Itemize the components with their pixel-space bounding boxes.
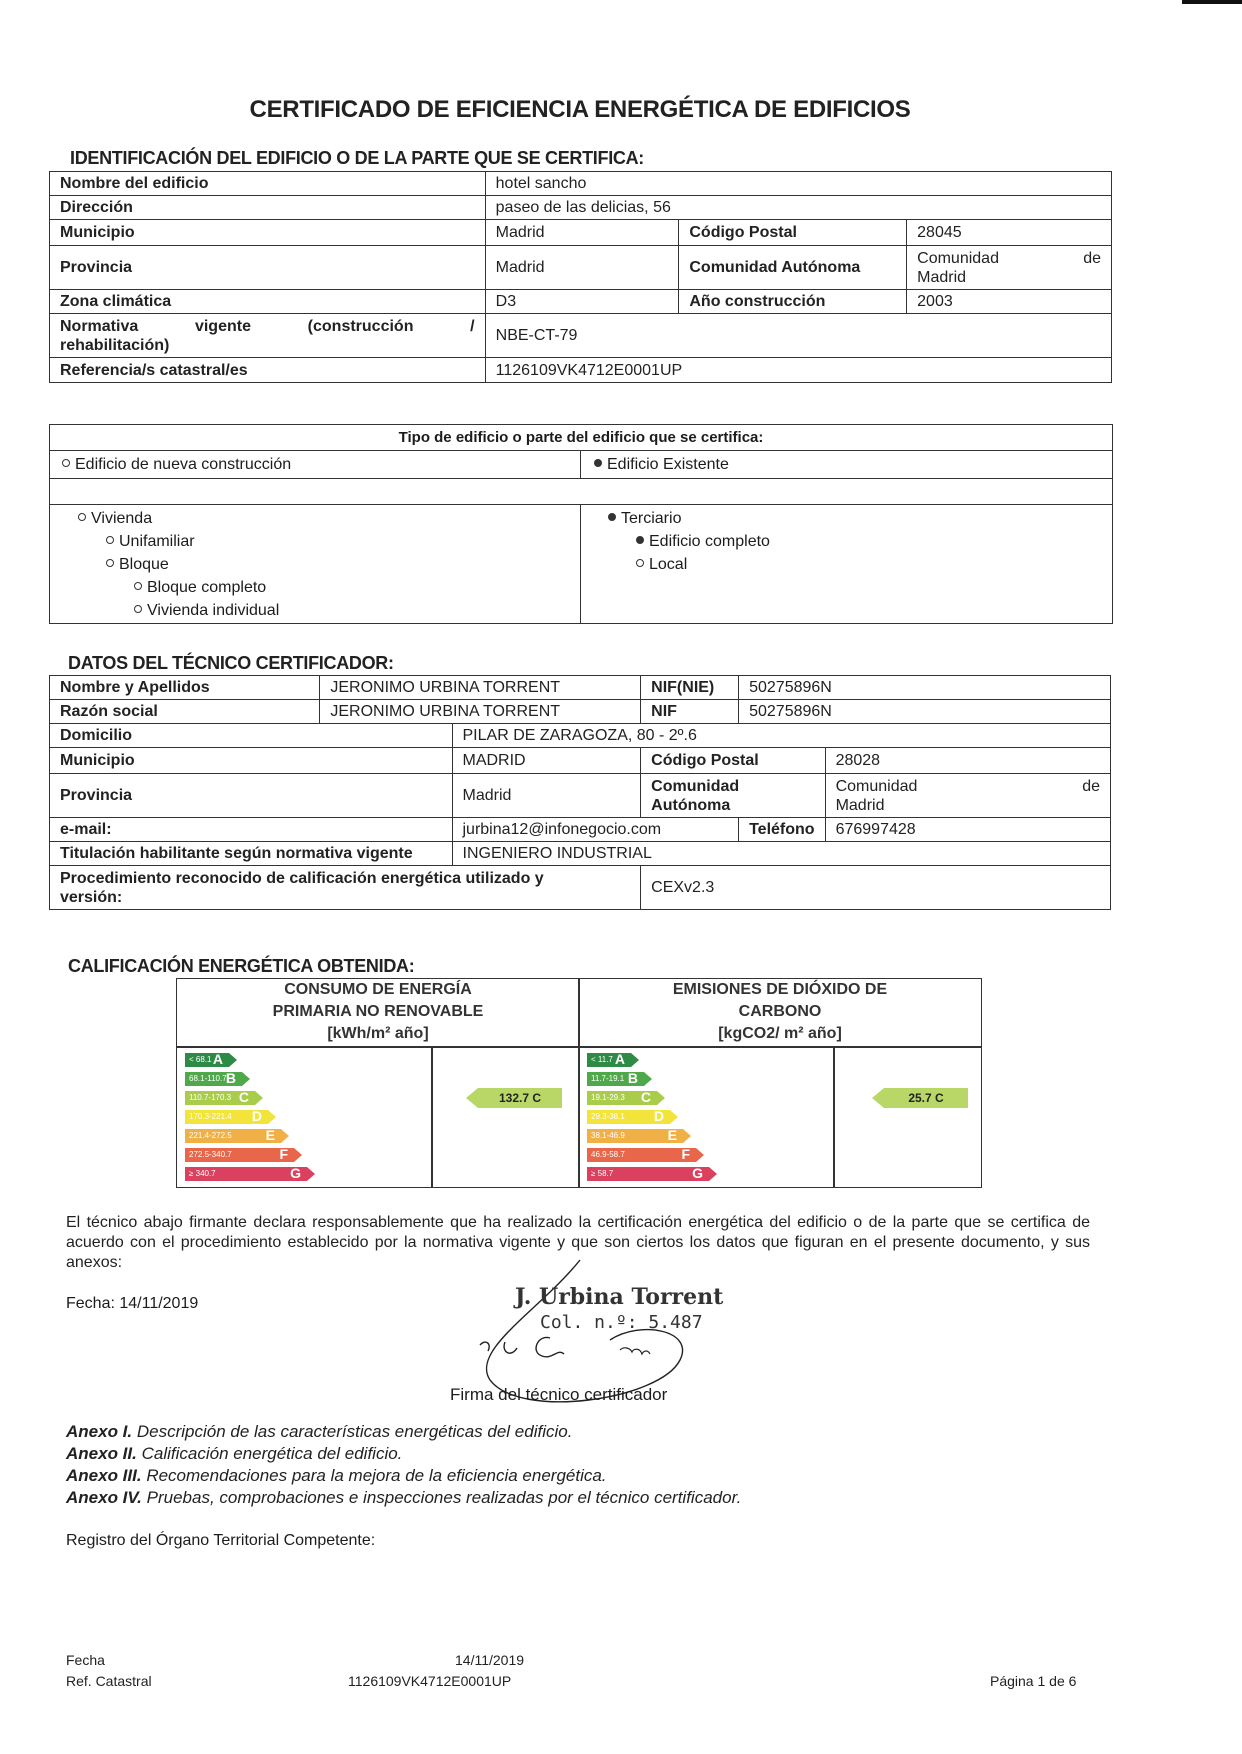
band-letter: B: [226, 1071, 236, 1085]
label-zona-climatica: Zona climática: [50, 290, 486, 314]
normativa-word-5: rehabilitación): [60, 336, 475, 355]
section-tecnico-heading: DATOS DEL TÉCNICO CERTIFICADOR:: [68, 653, 394, 674]
label-municipio-tecnico: Municipio: [50, 748, 453, 774]
anexo-num: Anexo II.: [66, 1444, 137, 1463]
emisiones-result: 25.7 C: [833, 1046, 982, 1188]
band-letter: C: [239, 1090, 249, 1104]
value-nif-nie: 50275896N: [739, 676, 1111, 700]
radio-label: Edificio de nueva construcción: [75, 456, 291, 473]
band-range: < 68.1: [189, 1055, 211, 1064]
band-range: 170.3-221.4: [189, 1112, 232, 1121]
radio-unifamiliar[interactable]: Unifamiliar: [106, 530, 195, 553]
ccaa-word-3: Madrid: [917, 268, 1101, 287]
label-municipio: Municipio: [50, 220, 486, 246]
band-e: 38.1-46.9E: [587, 1129, 683, 1143]
divider: [580, 451, 581, 478]
band-letter: B: [628, 1071, 638, 1085]
ccaa-word-1: Comunidad: [917, 249, 999, 268]
value-codigo-postal: 28045: [907, 220, 1112, 246]
procedimiento-line-2: versión:: [60, 888, 630, 907]
footer-ref: 1126109VK4712E0001UP: [348, 1673, 511, 1689]
band-range: ≥ 58.7: [591, 1169, 613, 1178]
radio-filled-icon: [608, 513, 616, 521]
label-codigo-postal: Código Postal: [679, 220, 907, 246]
radio-label: Vivienda individual: [147, 602, 279, 619]
radio-edificio-existente[interactable]: Edificio Existente: [594, 453, 729, 476]
tipo-row-empty: [50, 479, 1112, 505]
band-letter: E: [668, 1128, 677, 1142]
label-referencia-catastral: Referencia/s catastral/es: [50, 358, 486, 383]
band-letter: G: [290, 1166, 301, 1180]
band-range: 19.1-29.3: [591, 1093, 625, 1102]
band-letter: F: [279, 1147, 288, 1161]
radio-empty-icon: [106, 559, 114, 567]
anexo-2[interactable]: Anexo II. Calificación energética del ed…: [66, 1444, 402, 1464]
identificacion-table: Nombre del edificiohotel sancho Direcció…: [49, 171, 1112, 383]
tipo-edificio-heading: Tipo de edificio o parte del edificio qu…: [50, 425, 1112, 451]
value-titulacion: INGENIERO INDUSTRIAL: [452, 842, 1111, 866]
radio-empty-icon: [636, 559, 644, 567]
radio-local[interactable]: Local: [636, 553, 687, 576]
radio-label: Vivienda: [91, 510, 152, 527]
radio-bloque[interactable]: Bloque: [106, 553, 169, 576]
radio-edificio-completo[interactable]: Edificio completo: [636, 530, 770, 553]
value-ccaa-tecnico: ComunidaddeMadrid: [825, 774, 1110, 818]
label-provincia: Provincia: [50, 246, 486, 290]
scan-edge-mark: [1182, 0, 1242, 4]
emisiones-rating-arrow: 25.7 C: [884, 1088, 968, 1108]
radio-empty-icon: [134, 582, 142, 590]
fecha-firma: Fecha: 14/11/2019: [66, 1295, 198, 1313]
tecnico-table: Nombre y ApellidosJERONIMO URBINA TORREN…: [49, 675, 1111, 910]
consumo-title-1: CONSUMO DE ENERGÍA: [177, 979, 579, 1001]
consumo-header: CONSUMO DE ENERGÍA PRIMARIA NO RENOVABLE…: [176, 978, 580, 1048]
normativa-word-2: vigente: [195, 317, 251, 336]
tipo-row-uso: Vivienda Unifamiliar Bloque Bloque compl…: [50, 505, 1112, 623]
band-range: 46.9-58.7: [591, 1150, 625, 1159]
label-procedimiento: Procedimiento reconocido de calificación…: [50, 866, 641, 910]
label-nombre-apellidos: Nombre y Apellidos: [50, 676, 320, 700]
value-cp-tecnico: 28028: [825, 748, 1110, 774]
consumo-unit: [kWh/m² año]: [177, 1023, 579, 1045]
band-g: ≥ 340.7G: [185, 1167, 307, 1181]
radio-label: Edificio completo: [649, 533, 770, 550]
radio-vivienda[interactable]: Vivienda: [78, 507, 152, 530]
normativa-word-4: /: [470, 317, 474, 336]
tipo-edificio-box: Tipo de edificio o parte del edificio qu…: [49, 424, 1113, 624]
consumo-rating-arrow: 132.7 C: [478, 1088, 562, 1108]
value-direccion: paseo de las delicias, 56: [485, 196, 1111, 220]
band-letter: D: [654, 1109, 664, 1123]
label-nombre-edificio: Nombre del edificio: [50, 172, 486, 196]
section-calificacion-heading: CALIFICACIÓN ENERGÉTICA OBTENIDA:: [68, 956, 414, 977]
band-range: < 11.7: [591, 1055, 613, 1064]
tipo-row-construccion: Edificio de nueva construcción Edificio …: [50, 451, 1112, 479]
band-b: 11.7-19.1B: [587, 1072, 644, 1086]
footer-ref-label: Ref. Catastral: [66, 1673, 152, 1689]
label-ccaa-tecnico: Comunidad Autónoma: [641, 774, 825, 818]
anexo-num: Anexo IV.: [66, 1488, 142, 1507]
radio-label: Local: [649, 556, 687, 573]
radio-bloque-completo[interactable]: Bloque completo: [134, 576, 266, 599]
band-letter: F: [681, 1147, 690, 1161]
radio-filled-icon: [636, 536, 644, 544]
value-provincia-tecnico: Madrid: [452, 774, 641, 818]
band-range: 68.1-110.7: [189, 1074, 227, 1083]
value-domicilio: PILAR DE ZARAGOZA, 80 - 2º.6: [452, 724, 1111, 748]
value-normativa: NBE-CT-79: [485, 314, 1111, 358]
band-d: 170.3-221.4D: [185, 1110, 268, 1124]
label-nif-nie: NIF(NIE): [641, 676, 739, 700]
anexo-3[interactable]: Anexo III. Recomendaciones para la mejor…: [66, 1466, 607, 1486]
band-range: 272.5-340.7: [189, 1150, 232, 1159]
anexo-num: Anexo III.: [66, 1466, 142, 1485]
ccaa-word-1: Comunidad: [836, 777, 918, 796]
document-title: CERTIFICADO DE EFICIENCIA ENERGÉTICA DE …: [0, 96, 1160, 124]
radio-label: Bloque: [119, 556, 169, 573]
radio-label: Edificio Existente: [607, 456, 729, 473]
band-c: 19.1-29.3C: [587, 1091, 657, 1105]
divider: [580, 505, 581, 623]
anexo-text: Pruebas, comprobaciones e inspecciones r…: [147, 1488, 742, 1507]
band-range: 38.1-46.9: [591, 1131, 625, 1140]
radio-label: Bloque completo: [147, 579, 266, 596]
radio-empty-icon: [78, 513, 86, 521]
label-anio-construccion: Año construcción: [679, 290, 907, 314]
signature-stamp-colegiado: Col. n.º: 5.487: [540, 1312, 703, 1333]
anexo-text: Descripción de las características energ…: [137, 1422, 573, 1441]
band-e: 221.4-272.5E: [185, 1129, 281, 1143]
emisiones-scale: < 11.7A11.7-19.1B19.1-29.3C29.3-38.1D38.…: [578, 1046, 835, 1188]
registro-organo: Registro del Órgano Territorial Competen…: [66, 1532, 375, 1550]
band-letter: A: [213, 1052, 223, 1066]
band-d: 29.3-38.1D: [587, 1110, 670, 1124]
radio-empty-icon: [134, 605, 142, 613]
label-nif: NIF: [641, 700, 739, 724]
radio-terciario[interactable]: Terciario: [608, 507, 681, 530]
label-titulacion: Titulación habilitante según normativa v…: [50, 842, 453, 866]
band-a: < 68.1A: [185, 1053, 229, 1067]
band-range: 110.7-170.3: [189, 1093, 231, 1102]
radio-vivienda-individual[interactable]: Vivienda individual: [134, 599, 279, 622]
consumo-title-2: PRIMARIA NO RENOVABLE: [177, 1001, 579, 1023]
label-razon-social: Razón social: [50, 700, 320, 724]
radio-label: Unifamiliar: [119, 533, 195, 550]
anexo-text: Recomendaciones para la mejora de la efi…: [146, 1466, 606, 1485]
band-letter: D: [252, 1109, 262, 1123]
band-letter: C: [641, 1090, 651, 1104]
radio-filled-icon: [594, 459, 602, 467]
label-cp-tecnico: Código Postal: [641, 748, 825, 774]
value-provincia: Madrid: [485, 246, 679, 290]
band-b: 68.1-110.7B: [185, 1072, 242, 1086]
emisiones-header: EMISIONES DE DIÓXIDO DE CARBONO [kgCO2/ …: [578, 978, 982, 1048]
value-referencia-catastral: 1126109VK4712E0001UP: [485, 358, 1111, 383]
anexo-1[interactable]: Anexo I. Descripción de las característi…: [66, 1422, 572, 1442]
value-municipio-tecnico: MADRID: [452, 748, 641, 774]
value-anio-construccion: 2003: [907, 290, 1112, 314]
band-f: 46.9-58.7F: [587, 1148, 696, 1162]
ccaa-word-3: Madrid: [836, 796, 1100, 815]
normativa-word-3: (construcción: [308, 317, 414, 336]
value-procedimiento: CEXv2.3: [641, 866, 1111, 910]
label-email: e-mail:: [50, 818, 453, 842]
band-letter: A: [615, 1052, 625, 1066]
value-nombre-apellidos: JERONIMO URBINA TORRENT: [320, 676, 641, 700]
signature-label: Firma del técnico certificador: [450, 1385, 667, 1405]
band-range: 29.3-38.1: [591, 1112, 625, 1121]
band-range: 221.4-272.5: [189, 1131, 232, 1140]
label-provincia-tecnico: Provincia: [50, 774, 453, 818]
band-letter: E: [266, 1128, 275, 1142]
label-telefono: Teléfono: [739, 818, 825, 842]
value-telefono: 676997428: [825, 818, 1110, 842]
band-letter: G: [692, 1166, 703, 1180]
band-c: 110.7-170.3C: [185, 1091, 255, 1105]
anexo-text: Calificación energética del edificio.: [142, 1444, 403, 1463]
band-range: 11.7-19.1: [591, 1074, 624, 1083]
band-a: < 11.7A: [587, 1053, 631, 1067]
label-domicilio: Domicilio: [50, 724, 453, 748]
label-comunidad-autonoma: Comunidad Autónoma: [679, 246, 907, 290]
value-razon-social: JERONIMO URBINA TORRENT: [320, 700, 641, 724]
radio-nueva-construccion[interactable]: Edificio de nueva construcción: [62, 453, 291, 476]
footer-pagina: Página 1 de 6: [990, 1673, 1076, 1689]
signature-stamp-name: J. Urbina Torrent: [515, 1284, 723, 1310]
normativa-word-1: Normativa: [60, 317, 138, 336]
band-f: 272.5-340.7F: [185, 1148, 294, 1162]
consumo-scale: < 68.1A68.1-110.7B110.7-170.3C170.3-221.…: [176, 1046, 433, 1188]
consumo-result: 132.7 C: [431, 1046, 580, 1188]
band-range: ≥ 340.7: [189, 1169, 216, 1178]
radio-empty-icon: [62, 459, 70, 467]
label-normativa: Normativavigente(construcción/rehabilita…: [50, 314, 486, 358]
anexo-4[interactable]: Anexo IV. Pruebas, comprobaciones e insp…: [66, 1488, 741, 1508]
radio-empty-icon: [106, 536, 114, 544]
value-comunidad-autonoma: ComunidaddeMadrid: [907, 246, 1112, 290]
ccaa-word-2: de: [1082, 777, 1100, 796]
emisiones-unit: [kgCO2/ m² año]: [579, 1023, 981, 1045]
value-email: jurbina12@infonegocio.com: [452, 818, 739, 842]
label-direccion: Dirección: [50, 196, 486, 220]
ccaa-word-2: de: [1083, 249, 1101, 268]
anexo-num: Anexo I.: [66, 1422, 132, 1441]
band-g: ≥ 58.7G: [587, 1167, 709, 1181]
value-zona-climatica: D3: [485, 290, 679, 314]
section-identificacion-heading: IDENTIFICACIÓN DEL EDIFICIO O DE LA PART…: [70, 148, 644, 169]
procedimiento-line-1: Procedimiento reconocido de calificación…: [60, 869, 630, 888]
value-municipio: Madrid: [485, 220, 679, 246]
calificacion-panel: CONSUMO DE ENERGÍA PRIMARIA NO RENOVABLE…: [176, 978, 980, 1186]
value-nif: 50275896N: [739, 700, 1111, 724]
radio-label: Terciario: [621, 510, 681, 527]
footer-fecha-label: Fecha: [66, 1652, 105, 1668]
footer-fecha: 14/11/2019: [455, 1652, 524, 1668]
emisiones-title-2: CARBONO: [579, 1001, 981, 1023]
value-nombre-edificio: hotel sancho: [485, 172, 1111, 196]
emisiones-title-1: EMISIONES DE DIÓXIDO DE: [579, 979, 981, 1001]
